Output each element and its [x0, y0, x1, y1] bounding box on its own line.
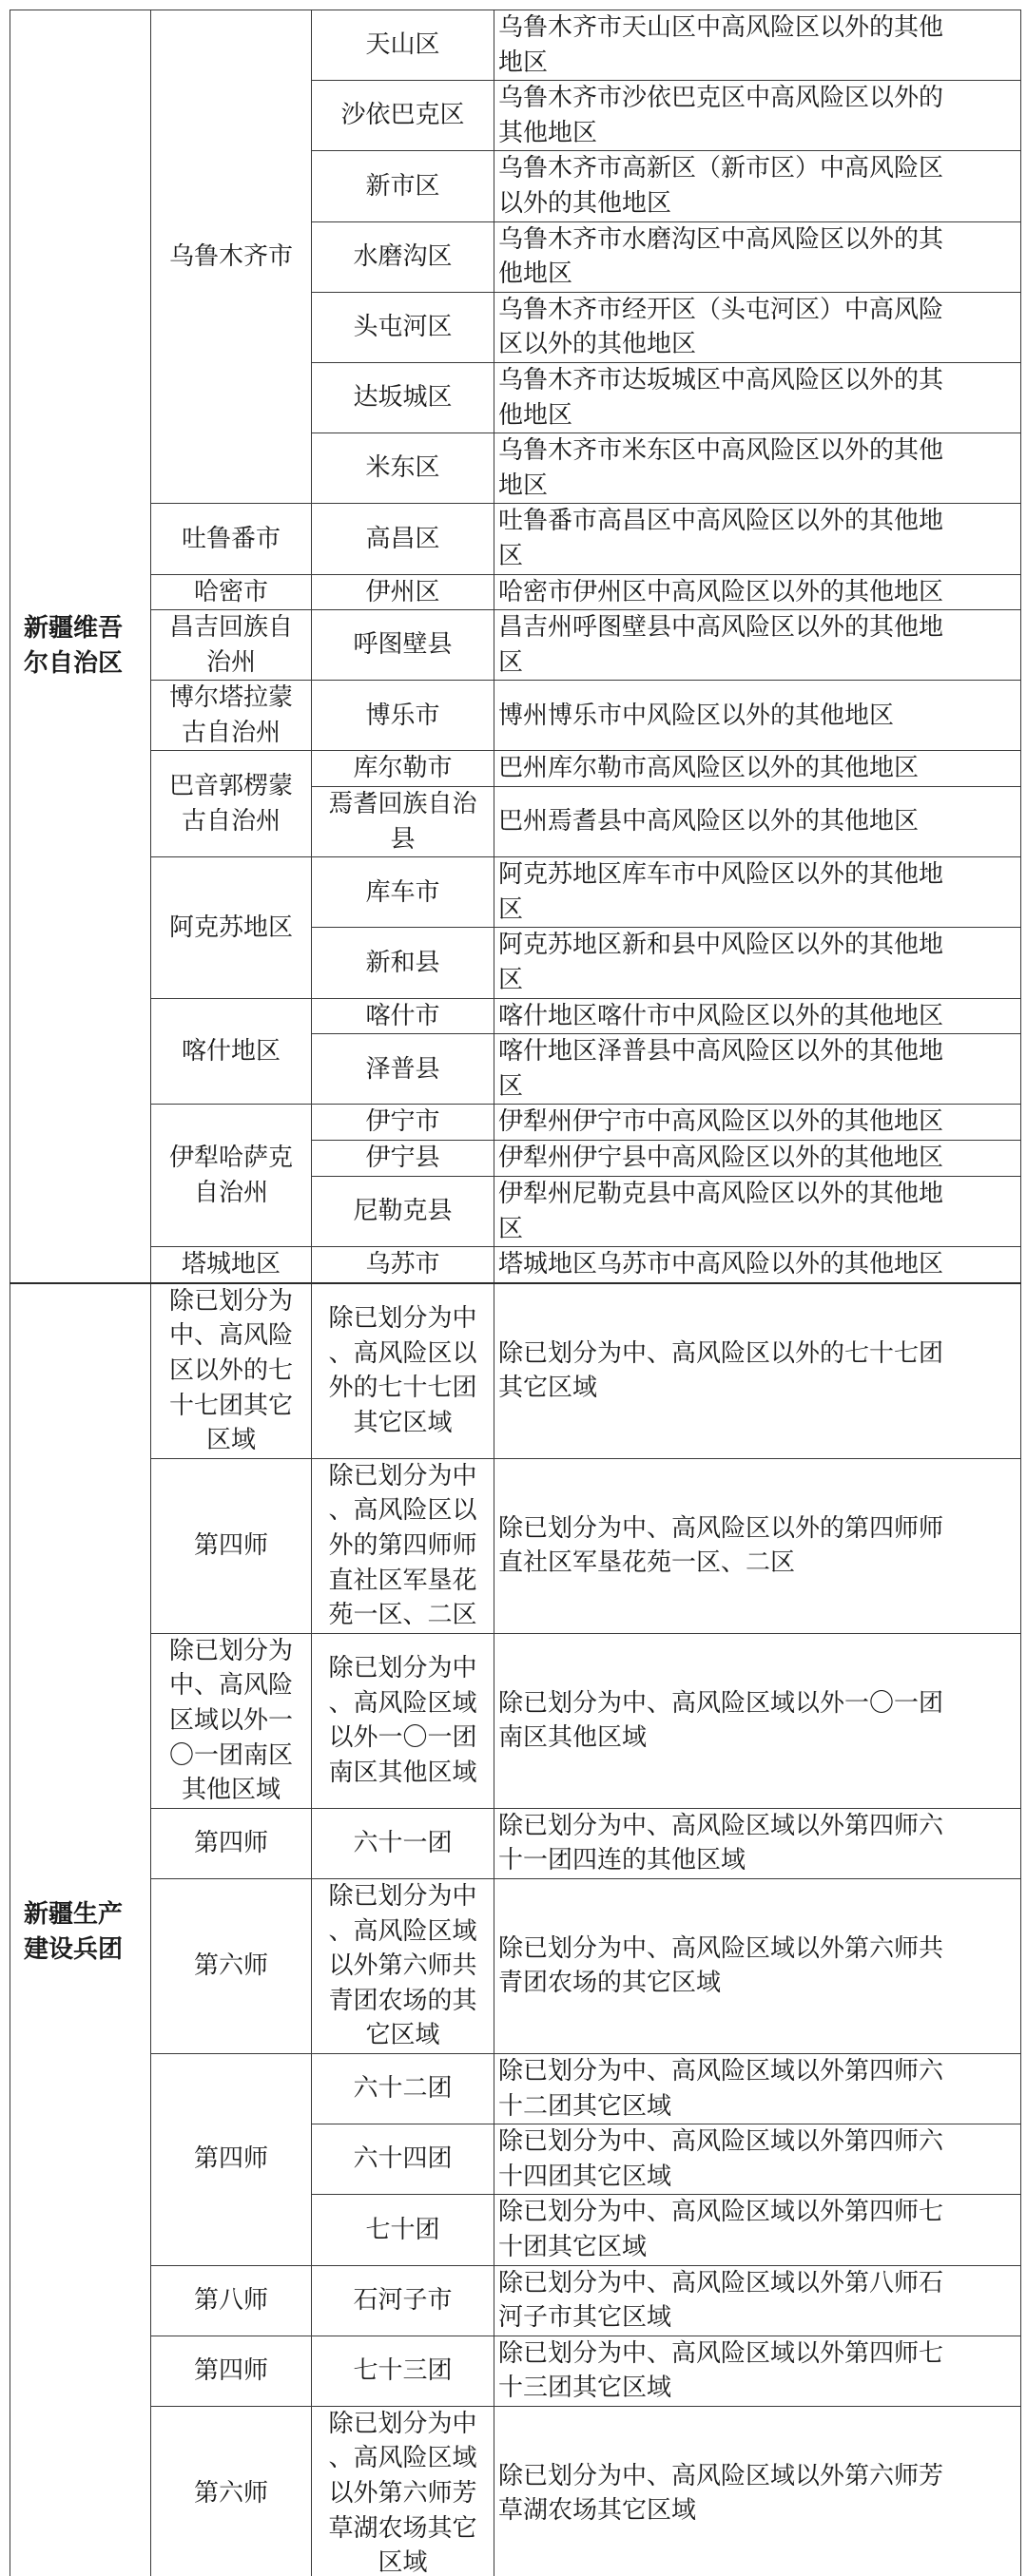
table-row: 巴音郭楞蒙 古自治州库尔勒市巴州库尔勒市高风险区以外的其他地区 [10, 751, 1021, 787]
district-cell: 七十团 [312, 2195, 494, 2265]
table-row: 新疆生产 建设兵团除已划分为 中、高风险 区以外的七 十七团其它 区域除已划分为… [10, 1283, 1021, 1458]
district-cell: 七十三团 [312, 2336, 494, 2406]
city-cell: 第四师 [151, 1458, 312, 1633]
district-cell: 六十四团 [312, 2124, 494, 2195]
city-cell: 第六师 [151, 1878, 312, 2053]
table-row: 塔城地区乌苏市塔城地区乌苏市中高风险以外的其他地区 [10, 1247, 1021, 1283]
city-cell: 哈密市 [151, 574, 312, 610]
area-description-cell: 除已划分为中、高风险区域以外第四师七 十团其它区域 [494, 2195, 1021, 2265]
region-cell: 新疆维吾 尔自治区 [10, 10, 151, 1283]
area-description-cell: 塔城地区乌苏市中高风险以外的其他地区 [494, 1247, 1021, 1283]
table-body: 新疆维吾 尔自治区乌鲁木齐市天山区乌鲁木齐市天山区中高风险区以外的其他 地区沙依… [10, 10, 1021, 2576]
area-description-cell: 伊犁州尼勒克县中高风险区以外的其他地 区 [494, 1177, 1021, 1247]
table-row: 新疆维吾 尔自治区乌鲁木齐市天山区乌鲁木齐市天山区中高风险区以外的其他 地区 [10, 10, 1021, 81]
area-description-cell: 乌鲁木齐市沙依巴克区中高风险区以外的 其他地区 [494, 81, 1021, 151]
city-cell: 除已划分为 中、高风险 区以外的七 十七团其它 区域 [151, 1283, 312, 1458]
district-cell: 高昌区 [312, 504, 494, 574]
area-description-cell: 昌吉州呼图壁县中高风险区以外的其他地 区 [494, 610, 1021, 681]
district-cell: 焉耆回族自治 县 [312, 787, 494, 857]
district-cell: 伊宁县 [312, 1141, 494, 1177]
area-description-cell: 乌鲁木齐市达坂城区中高风险区以外的其 他地区 [494, 362, 1021, 433]
table-row: 阿克苏地区库车市阿克苏地区库车市中风险区以外的其他地 区 [10, 857, 1021, 928]
table-row: 哈密市伊州区哈密市伊州区中高风险区以外的其他地区 [10, 574, 1021, 610]
area-description-cell: 除已划分为中、高风险区域以外第六师共 青团农场的其它区域 [494, 1878, 1021, 2053]
district-cell: 六十一团 [312, 1808, 494, 1878]
area-description-cell: 除已划分为中、高风险区以外的七十七团 其它区域 [494, 1283, 1021, 1458]
area-description-cell: 除已划分为中、高风险区域以外第六师芳 草湖农场其它区域 [494, 2406, 1021, 2576]
area-description-cell: 除已划分为中、高风险区域以外第四师六 十一团四连的其他区域 [494, 1808, 1021, 1878]
district-cell: 头屯河区 [312, 292, 494, 362]
city-cell: 伊犁哈萨克 自治州 [151, 1105, 312, 1247]
district-cell: 泽普县 [312, 1034, 494, 1105]
district-cell: 沙依巴克区 [312, 81, 494, 151]
area-description-cell: 乌鲁木齐市天山区中高风险区以外的其他 地区 [494, 10, 1021, 81]
region-cell: 新疆生产 建设兵团 [10, 1283, 151, 2576]
table-row: 博尔塔拉蒙 古自治州博乐市博州博乐市中风险区以外的其他地区 [10, 681, 1021, 751]
table-row: 第四师六十二团除已划分为中、高风险区域以外第四师六 十二团其它区域 [10, 2053, 1021, 2124]
district-cell: 除已划分为中 、高风险区域 以外第六师芳 草湖农场其它 区域 [312, 2406, 494, 2576]
table-row: 昌吉回族自 治州呼图壁县昌吉州呼图壁县中高风险区以外的其他地 区 [10, 610, 1021, 681]
district-cell: 除已划分为中 、高风险区以 外的第四师师 直社区军垦花 苑一区、二区 [312, 1458, 494, 1633]
area-description-cell: 乌鲁木齐市高新区（新市区）中高风险区 以外的其他地区 [494, 151, 1021, 221]
city-cell: 第四师 [151, 2336, 312, 2406]
table-row: 第四师六十一团除已划分为中、高风险区域以外第四师六 十一团四连的其他区域 [10, 1808, 1021, 1878]
table-row: 第六师除已划分为中 、高风险区域 以外第六师共 青团农场的其 它区域除已划分为中… [10, 1878, 1021, 2053]
city-cell: 吐鲁番市 [151, 504, 312, 574]
district-cell: 水磨沟区 [312, 221, 494, 292]
district-cell: 尼勒克县 [312, 1177, 494, 1247]
district-cell: 米东区 [312, 433, 494, 504]
city-cell: 第八师 [151, 2265, 312, 2336]
area-description-cell: 伊犁州伊宁县中高风险区以外的其他地区 [494, 1141, 1021, 1177]
city-cell: 第六师 [151, 2406, 312, 2576]
district-cell: 库尔勒市 [312, 751, 494, 787]
area-description-cell: 除已划分为中、高风险区域以外第四师七 十三团其它区域 [494, 2336, 1021, 2406]
city-cell: 第四师 [151, 2053, 312, 2265]
city-cell: 昌吉回族自 治州 [151, 610, 312, 681]
table-row: 第四师七十三团除已划分为中、高风险区域以外第四师七 十三团其它区域 [10, 2336, 1021, 2406]
city-cell: 除已划分为 中、高风险 区域以外一 〇一团南区 其他区域 [151, 1633, 312, 1808]
area-description-cell: 乌鲁木齐市水磨沟区中高风险区以外的其 他地区 [494, 221, 1021, 292]
area-description-cell: 除已划分为中、高风险区以外的第四师师 直社区军垦花苑一区、二区 [494, 1458, 1021, 1633]
area-description-cell: 乌鲁木齐市米东区中高风险区以外的其他 地区 [494, 433, 1021, 504]
district-cell: 伊州区 [312, 574, 494, 610]
district-cell: 博乐市 [312, 681, 494, 751]
area-description-cell: 阿克苏地区库车市中风险区以外的其他地 区 [494, 857, 1021, 928]
district-cell: 除已划分为中 、高风险区域 以外第六师共 青团农场的其 它区域 [312, 1878, 494, 2053]
district-cell: 喀什市 [312, 998, 494, 1034]
area-description-cell: 喀什地区泽普县中高风险区以外的其他地 区 [494, 1034, 1021, 1105]
city-cell: 巴音郭楞蒙 古自治州 [151, 751, 312, 857]
district-cell: 伊宁市 [312, 1105, 494, 1141]
area-description-cell: 除已划分为中、高风险区域以外第四师六 十二团其它区域 [494, 2053, 1021, 2124]
area-description-cell: 巴州焉耆县中高风险区以外的其他地区 [494, 787, 1021, 857]
city-cell: 阿克苏地区 [151, 857, 312, 998]
city-cell: 乌鲁木齐市 [151, 10, 312, 504]
district-cell: 六十二团 [312, 2053, 494, 2124]
area-description-cell: 除已划分为中、高风险区域以外第四师六 十四团其它区域 [494, 2124, 1021, 2195]
city-cell: 喀什地区 [151, 998, 312, 1105]
table-row: 第四师除已划分为中 、高风险区以 外的第四师师 直社区军垦花 苑一区、二区除已划… [10, 1458, 1021, 1633]
area-description-cell: 阿克苏地区新和县中风险区以外的其他地 区 [494, 928, 1021, 998]
district-cell: 除已划分为中 、高风险区以 外的七十七团 其它区域 [312, 1283, 494, 1458]
area-description-cell: 巴州库尔勒市高风险区以外的其他地区 [494, 751, 1021, 787]
table-row: 第八师石河子市除已划分为中、高风险区域以外第八师石 河子市其它区域 [10, 2265, 1021, 2336]
area-description-cell: 除已划分为中、高风险区域以外一〇一团 南区其他区域 [494, 1633, 1021, 1808]
city-cell: 第四师 [151, 1808, 312, 1878]
district-cell: 库车市 [312, 857, 494, 928]
area-description-cell: 喀什地区喀什市中风险区以外的其他地区 [494, 998, 1021, 1034]
area-description-cell: 伊犁州伊宁市中高风险区以外的其他地区 [494, 1105, 1021, 1141]
area-description-cell: 除已划分为中、高风险区域以外第八师石 河子市其它区域 [494, 2265, 1021, 2336]
area-description-cell: 哈密市伊州区中高风险区以外的其他地区 [494, 574, 1021, 610]
table-row: 除已划分为 中、高风险 区域以外一 〇一团南区 其他区域除已划分为中 、高风险区… [10, 1633, 1021, 1808]
city-cell: 塔城地区 [151, 1247, 312, 1283]
district-cell: 达坂城区 [312, 362, 494, 433]
table-row: 伊犁哈萨克 自治州伊宁市伊犁州伊宁市中高风险区以外的其他地区 [10, 1105, 1021, 1141]
area-description-cell: 乌鲁木齐市经开区（头屯河区）中高风险 区以外的其他地区 [494, 292, 1021, 362]
table-row: 喀什地区喀什市喀什地区喀什市中风险区以外的其他地区 [10, 998, 1021, 1034]
district-cell: 天山区 [312, 10, 494, 81]
district-cell: 新市区 [312, 151, 494, 221]
district-cell: 新和县 [312, 928, 494, 998]
district-cell: 石河子市 [312, 2265, 494, 2336]
city-cell: 博尔塔拉蒙 古自治州 [151, 681, 312, 751]
district-cell: 除已划分为中 、高风险区域 以外一〇一团 南区其他区域 [312, 1633, 494, 1808]
district-cell: 乌苏市 [312, 1247, 494, 1283]
area-description-cell: 吐鲁番市高昌区中高风险区以外的其他地 区 [494, 504, 1021, 574]
area-description-cell: 博州博乐市中风险区以外的其他地区 [494, 681, 1021, 751]
low-risk-area-table: 新疆维吾 尔自治区乌鲁木齐市天山区乌鲁木齐市天山区中高风险区以外的其他 地区沙依… [10, 10, 1021, 2576]
table-row: 第六师除已划分为中 、高风险区域 以外第六师芳 草湖农场其它 区域除已划分为中、… [10, 2406, 1021, 2576]
table-row: 吐鲁番市高昌区吐鲁番市高昌区中高风险区以外的其他地 区 [10, 504, 1021, 574]
district-cell: 呼图壁县 [312, 610, 494, 681]
